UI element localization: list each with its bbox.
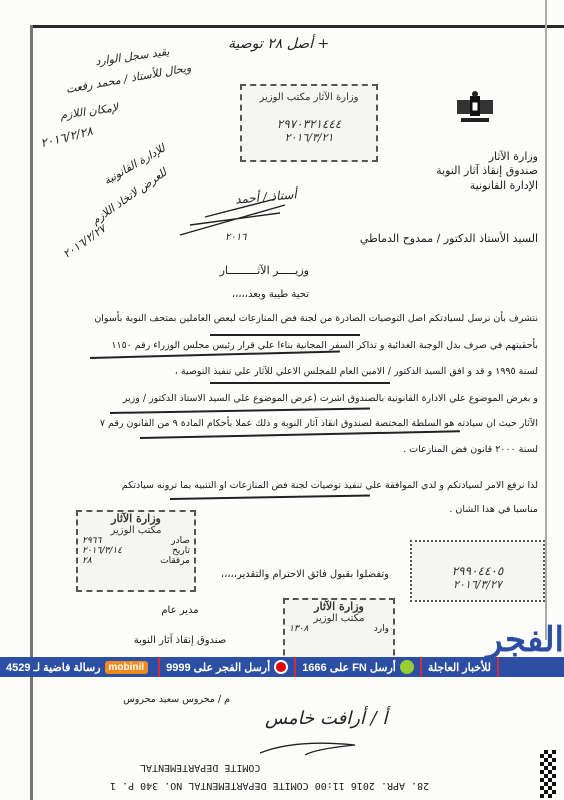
signer-name: م / محروس سعيد محروس [100,694,230,706]
fund-name: صندوق إنقاذ آثار النوبة [436,164,538,178]
letterhead: وزارة الآثار صندوق إنقاذ آثار النوبة الإ… [436,150,538,193]
paragraph-1-line-3: لسنة ١٩٩٥ و قد و افق السيد الدكتور / الا… [38,366,538,378]
stamp-label-in: وارد [374,624,389,634]
banner-vodafone[interactable]: أرسل الفجر على 9999 [158,657,294,677]
handwritten-date-2: ٢٠١٦/٢/٢٧ [61,222,108,261]
signer-org: صندوق إنقاذ آثار النوبة [110,634,250,647]
document-page: وزارة الآثار صندوق إنقاذ آثار النوبة الإ… [0,0,564,800]
pen-underline [210,382,390,384]
handwritten-note-2: ويحال للأستاذ / محمد رفعت [65,61,192,96]
scan-border-top [30,25,564,28]
department-name: الإدارة القانونية [436,179,538,193]
fax-header-line: 28. APR. 2016 11:00 COMITE DEPARTEMENTAL… [110,780,429,791]
banner-etisalat[interactable]: أرسل FN على 1666 [294,657,420,677]
handwritten-date-1: ٢٠١٦/٢/٢٨ [39,124,94,150]
stamp-label-date: تاريخ [172,546,190,556]
stamp-date: ٢٠١٦/٣/١٤ [82,546,122,556]
banner-etisalat-text: أرسل FN على 1666 [302,661,396,674]
news-banner[interactable]: للأخبار العاجلة أرسل FN على 1666 أرسل ال… [0,657,564,677]
greeting: تحية طيبة وبعد،،،،، [232,288,309,301]
paragraph-2-line-1: و بعرض الموضوع علي الادارة القانونية بال… [38,393,538,405]
paragraph-1-line-1: نتشرف بأن نرسل لسيادتكم اصل التوصيات الص… [38,313,538,325]
stamp-number: ٢٩٦٦ [82,536,101,546]
top-stamp: وزارة الآثار مكتب الوزير ٢٩٧٠٣٢١٤٤٤ ٢٠١٦… [240,84,378,162]
pen-underline [140,430,460,438]
paragraph-3-line-1: لذا نرفع الامر لسيادتكم و لدي الموافقة ع… [38,480,538,492]
fax-sub-line: COMITE DEPARTEMENTAL [140,762,260,773]
fax-checker-mark [540,750,556,798]
left-stamp: وزارة الآثار مكتب الوزير صادر ٢٩٦٦ تاريخ… [76,510,196,592]
banner-breaking-news[interactable]: للأخبار العاجلة [420,657,497,677]
pen-underline [210,334,360,336]
paragraph-1-line-2: بأحقيتهم في صرف بدل الوجبة الغذائية و تذ… [38,340,538,352]
pen-underline [170,495,370,500]
handwritten-note-3: لإمكان اللازم [59,101,119,122]
addressee-title: وزيـــــر الآثـــــــــار [220,264,309,278]
paragraph-2-line-3: لسنة ٢٠٠٠ قانون فض المنازعات . [38,444,538,456]
handwritten-signature: أ / أرافت خامس [265,708,387,729]
stamp-office: مكتب الوزير [78,525,194,536]
banner-mobinil-text: رسالة فاضية لـ 4529 [6,661,101,674]
stamp-office: مكتب الوزير [285,613,393,624]
pen-underline [110,407,370,413]
stamp-header: وزارة الآثار مكتب الوزير [242,92,376,103]
handwritten-note-1: يقيد سجل الوارد [94,45,170,68]
stamp-label-out: صادر [171,536,190,546]
stamp-label-attachments: مرفقات [160,556,190,566]
signature-flourish-icon [255,735,365,757]
scan-border-right [545,0,547,640]
paragraph-2-line-2: الآثار حيث ان سيادته هو السلطة المختصة ل… [38,418,538,430]
vodafone-logo-icon [274,660,288,674]
stamp-number: ١٣٠٨ [289,624,308,634]
right-stamp: ٢٩٩٠٤٤٠٥ ٢٠١٦/٣/٢٧ [410,540,545,602]
signature-scribble-icon [175,195,295,240]
banner-spacer [497,657,564,677]
eagle-emblem-icon [455,90,495,126]
mobinil-logo: mobinil [105,661,149,674]
stamp-date: ٢٠١٦/٣/٢١ [242,131,376,144]
banner-vodafone-text: أرسل الفجر على 9999 [166,661,270,674]
stamp-attachments: ٢٨ [82,556,92,566]
etisalat-logo-icon [400,660,414,674]
stamp-number: ٢٩٩٠٤٤٠٥ [412,564,543,578]
stamp-number: ٢٩٧٠٣٢١٤٤٤ [242,117,376,131]
ministry-name: وزارة الآثار [436,150,538,164]
closing: وتفضلوا بقبول فائق الاحترام والتقدير،،،،… [221,568,389,581]
handwritten-top-note: + أصل ٢٨ توصية [228,36,329,52]
banner-mobinil[interactable]: mobinil رسالة فاضية لـ 4529 [0,657,158,677]
addressee: السيد الأستاذ الدكتور / ممدوح الدماطي [360,232,538,246]
stamp-date: ٢٠١٦/٣/٢٧ [412,578,543,591]
stamp-ministry: وزارة الآثار [78,512,194,525]
stamp-ministry: وزارة الآثار [285,600,393,613]
signer-title: مدير عام [130,604,230,617]
scan-border-left [30,25,33,800]
